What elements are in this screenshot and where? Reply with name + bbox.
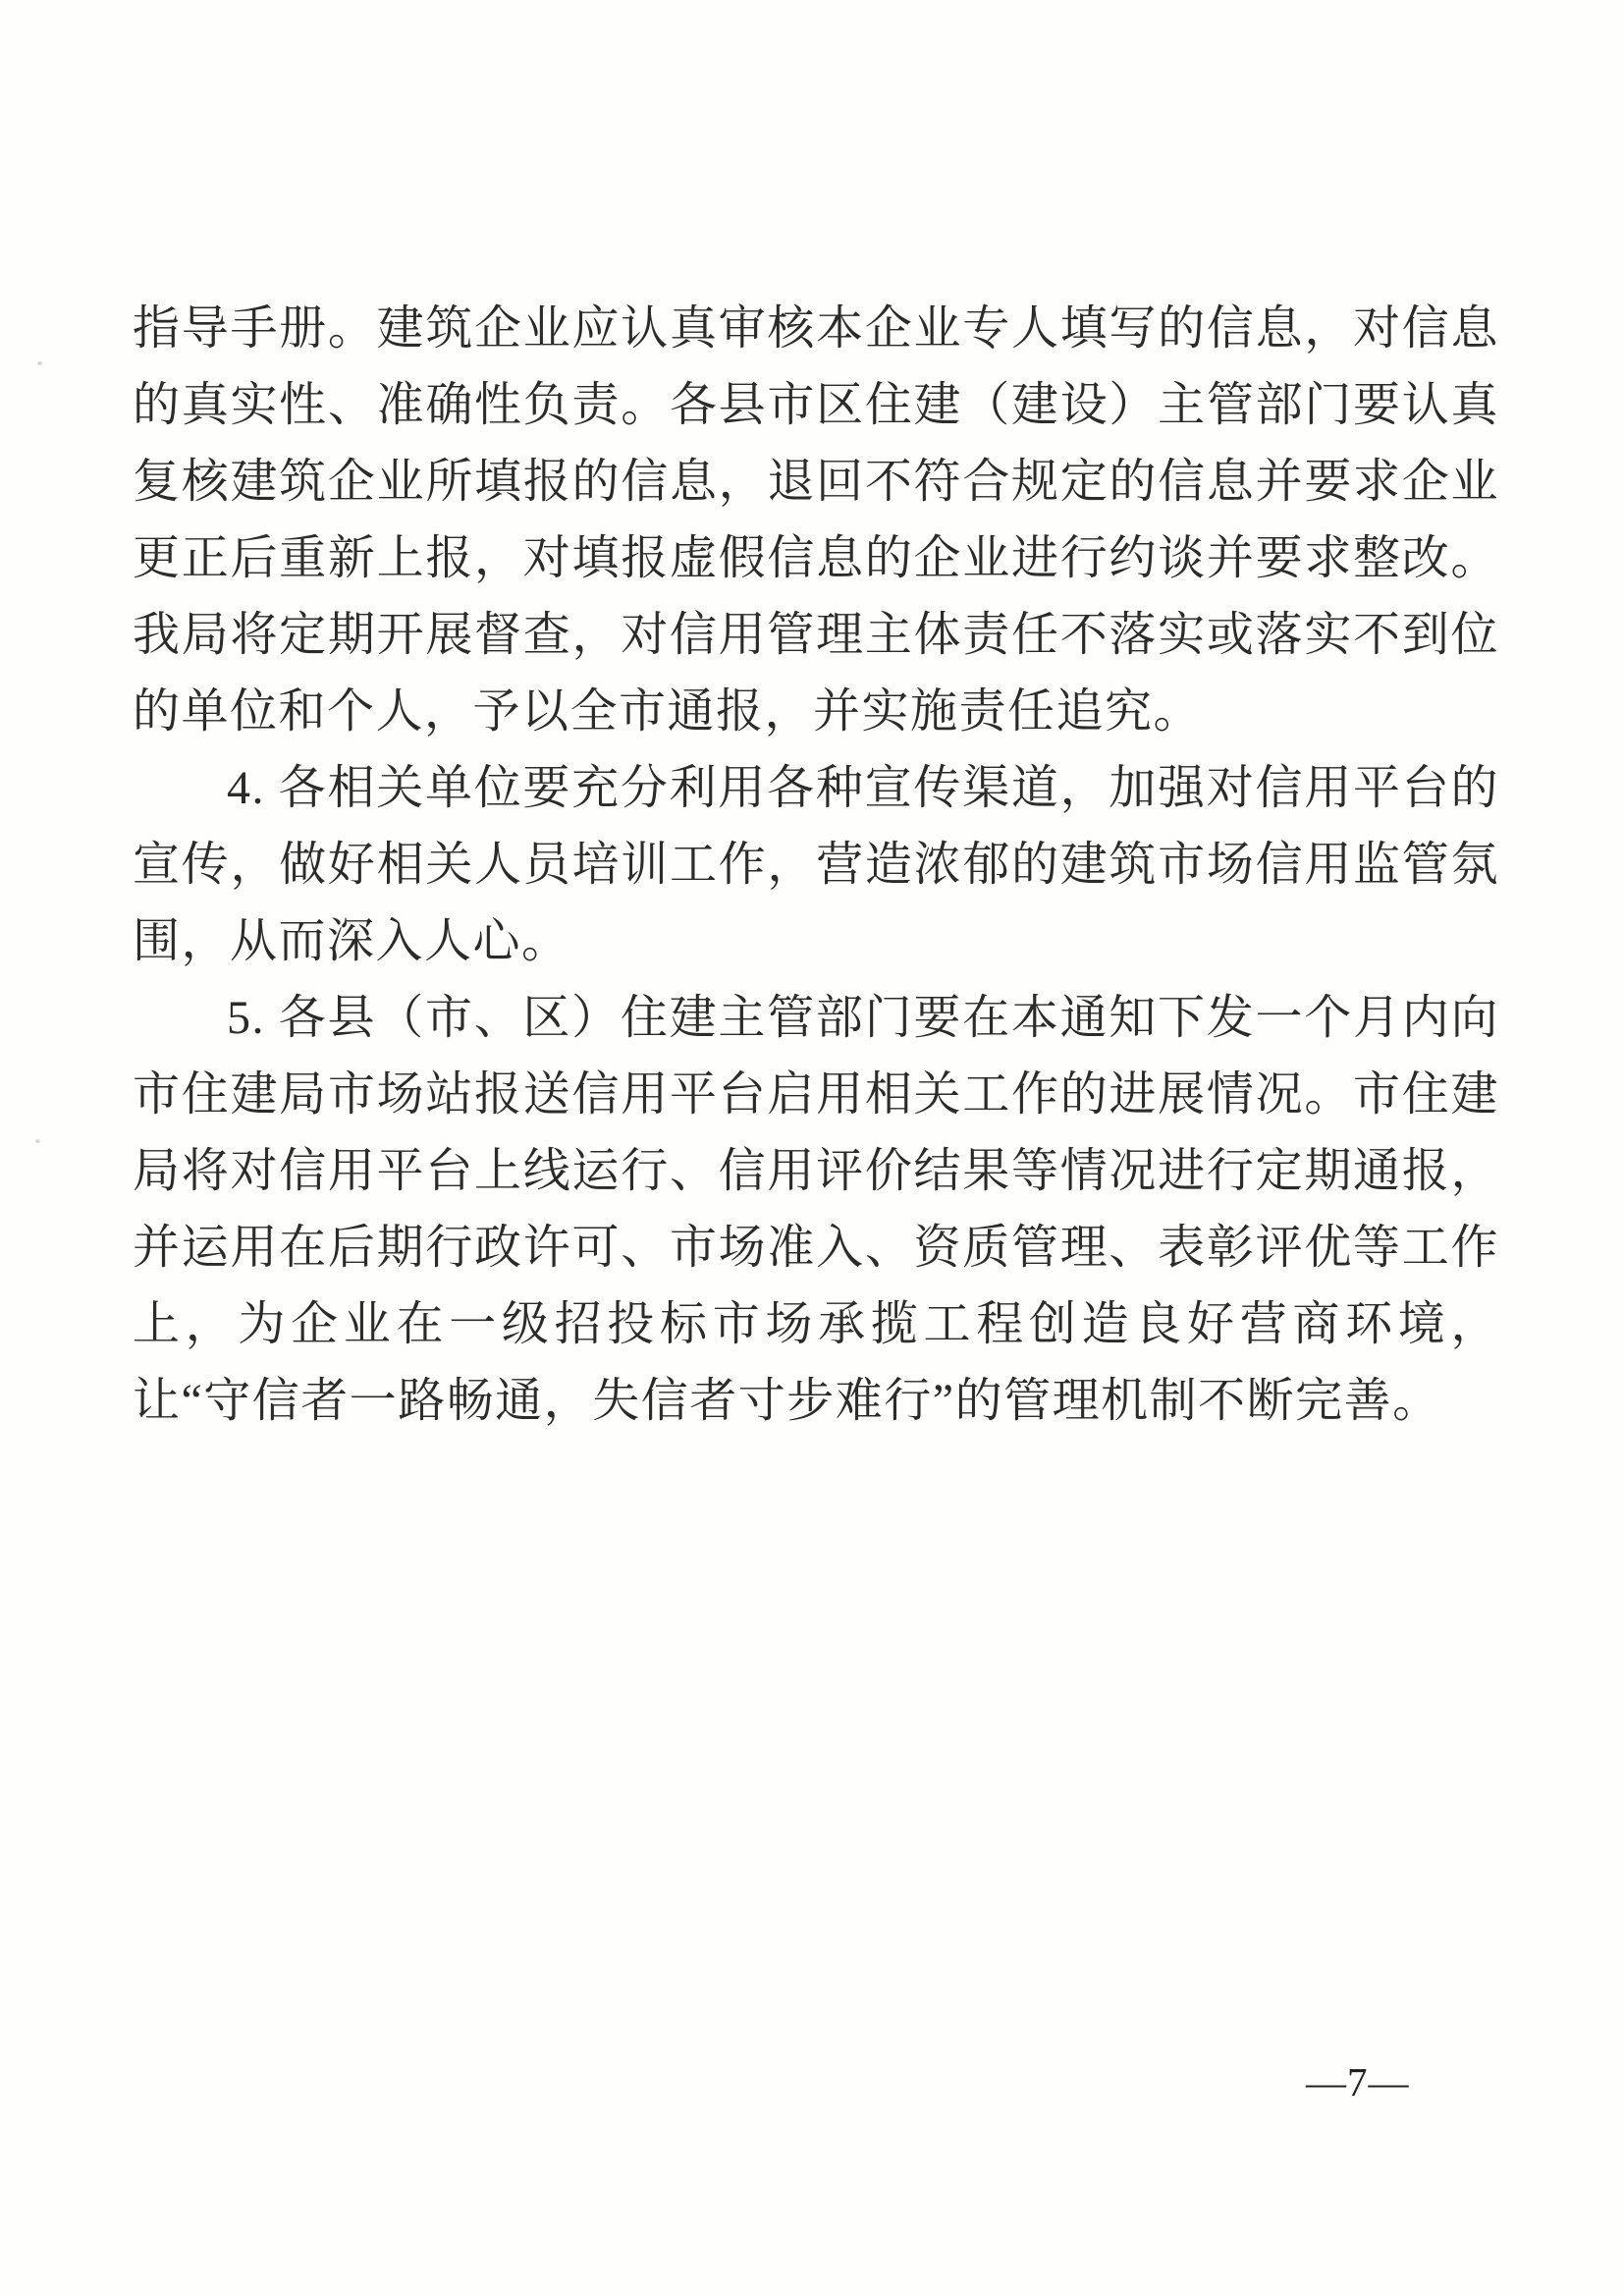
scan-speck xyxy=(37,361,42,365)
paragraph-item-4: 4. 各相关单位要充分利用各种宣传渠道，加强对信用平台的宣传，做好相关人员培训工… xyxy=(133,750,1499,980)
paragraph-item-5: 5. 各县（市、区）住建主管部门要在本通知下发一个月内向市住建局市场站报送信用平… xyxy=(133,980,1499,1440)
scan-speck xyxy=(1272,1147,1276,1151)
scan-speck xyxy=(35,1139,40,1143)
document-page: 指导手册。建筑企业应认真审核本企业专人填写的信息，对信息的真实性、准确性负责。各… xyxy=(0,0,1623,2296)
document-body: 指导手册。建筑企业应认真审核本企业专人填写的信息，对信息的真实性、准确性负责。各… xyxy=(133,291,1499,1440)
page-number: —7— xyxy=(1306,2058,1410,2105)
paragraph-continuation: 指导手册。建筑企业应认真审核本企业专人填写的信息，对信息的真实性、准确性负责。各… xyxy=(133,291,1499,750)
